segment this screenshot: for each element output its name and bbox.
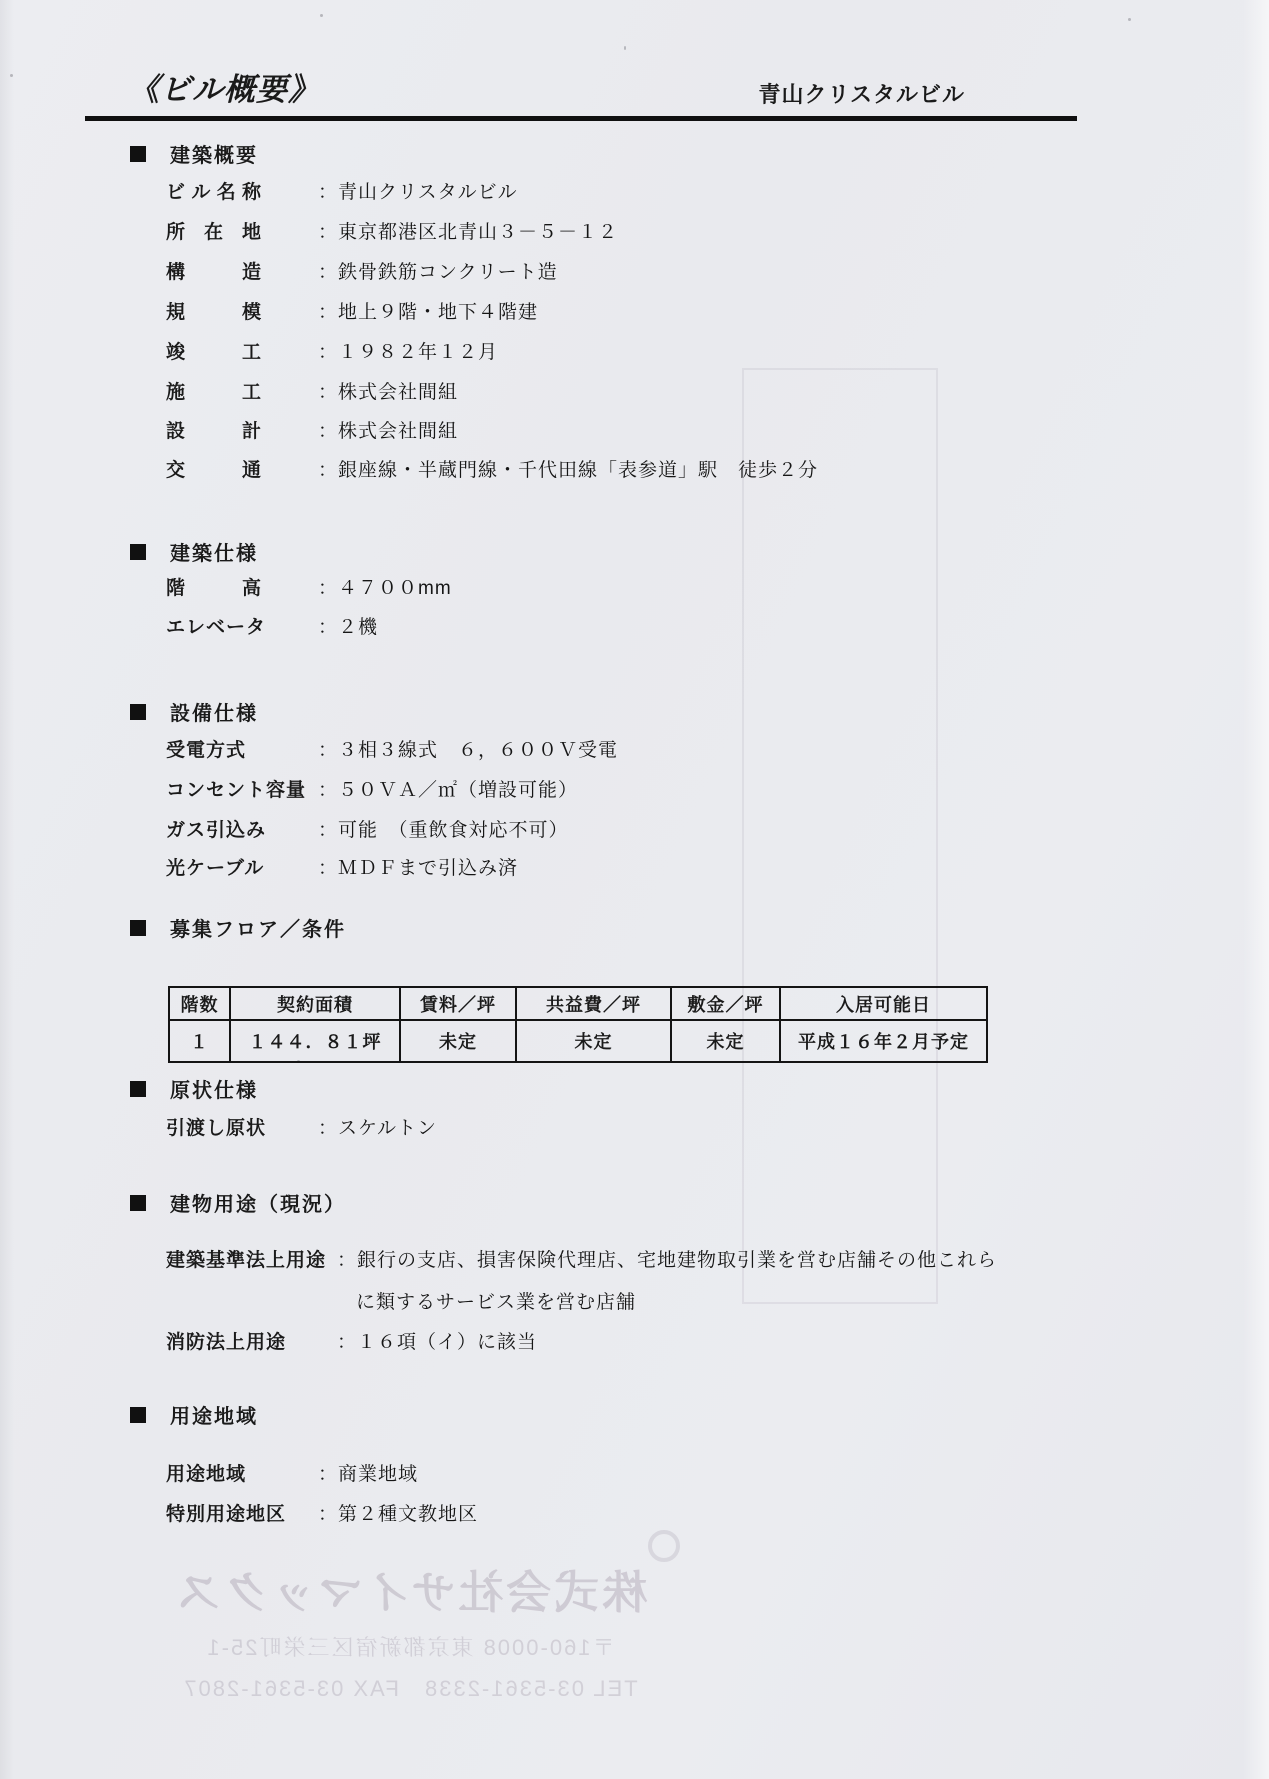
field-row: ガス引込み ：可能 （重飲食対応不可） [166, 818, 569, 844]
scan-edge-shadow [0, 0, 14, 1779]
field-label: 規模 [166, 300, 318, 326]
field-label: コンセント容量 [166, 778, 318, 804]
floor-table: 階数 契約面積 賃料／坪 共益費／坪 敷金／坪 入居可能日 １ １４４．８１坪 … [168, 986, 988, 1063]
field-row: コンセント容量 ：５０ＶＡ／㎡（増設可能） [166, 778, 578, 804]
col-header-maintenance: 共益費／坪 [516, 987, 671, 1020]
field-value-line2: に類するサービス業を営む店舗 [337, 1290, 997, 1316]
section-heading-zoning: 用途地域 [130, 1400, 258, 1429]
section-title: 用途地域 [170, 1400, 258, 1429]
field-row: 建築基準法上用途 ：銀行の支店、損害保険代理店、宅地建物取引業を営む店舗その他こ… [166, 1248, 997, 1316]
section-heading-building-use: 建物用途（現況） [130, 1188, 346, 1217]
section-bullet-icon [130, 920, 146, 936]
section-title: 設備仕様 [170, 697, 258, 726]
col-header-area: 契約面積 [230, 987, 400, 1020]
field-value: ：株式会社間組 [318, 419, 458, 445]
section-title: 建築仕様 [170, 537, 258, 566]
field-row: ビル名称 ：青山クリスタルビル [166, 180, 518, 206]
field-label: 階高 [166, 576, 318, 602]
field-value: ：地上９階・地下４階建 [318, 300, 538, 326]
field-row: 引渡し原状 ：スケルトン [166, 1116, 437, 1142]
field-label: 用途地域 [166, 1462, 318, 1488]
field-value: ：第２種文教地区 [318, 1502, 478, 1528]
field-label: 構造 [166, 260, 318, 286]
field-row: 竣工 ：１９８２年１２月 [166, 340, 498, 366]
bleed-through-text: 株式会社サイマックス 〒160-0008 東京都新宿区三栄町25-1 TEL 0… [120, 1556, 700, 1703]
field-row: 構造 ：鉄骨鉄筋コンクリート造 [166, 260, 558, 286]
field-value: ：鉄骨鉄筋コンクリート造 [318, 260, 558, 286]
section-heading-equipment-spec: 設備仕様 [130, 697, 258, 726]
section-bullet-icon [130, 1195, 146, 1211]
bleed-through-logo-icon [648, 1530, 680, 1562]
field-label: エレベータ [166, 615, 318, 641]
cell-deposit: 未定 [671, 1020, 780, 1062]
field-value: ：商業地域 [318, 1462, 418, 1488]
section-heading-current-condition: 原状仕様 [130, 1074, 258, 1103]
col-header-floor: 階数 [169, 987, 230, 1020]
field-row: エレベータ ：２機 [166, 615, 378, 641]
field-label: 所在地 [166, 220, 318, 246]
field-row: 用途地域 ：商業地域 [166, 1462, 418, 1488]
field-label: 設計 [166, 419, 318, 445]
field-value: ：東京都港区北青山３－５－１２ [318, 220, 618, 246]
field-label: 竣工 [166, 340, 318, 366]
field-row: 光ケーブル ：ＭＤＦまで引込み済 [166, 856, 518, 882]
section-title: 原状仕様 [170, 1074, 258, 1103]
field-row: 階高 ：４７００mm [166, 576, 452, 602]
floor-table-header-row: 階数 契約面積 賃料／坪 共益費／坪 敷金／坪 入居可能日 [169, 987, 987, 1020]
floor-table-row: １ １４４．８１坪 未定 未定 未定 平成１６年２月予定 [169, 1020, 987, 1062]
cell-maintenance: 未定 [516, 1020, 671, 1062]
field-value: ：スケルトン [318, 1116, 437, 1142]
scan-speck [624, 46, 626, 50]
field-label: 受電方式 [166, 738, 318, 764]
field-value: ：銀行の支店、損害保険代理店、宅地建物取引業を営む店舗その他これら に類するサー… [337, 1248, 997, 1316]
section-bullet-icon [130, 1081, 146, 1097]
field-value: ：株式会社間組 [318, 380, 458, 406]
field-value: ：４７００mm [318, 576, 452, 602]
building-name-header: 青山クリスタルビル [758, 78, 1077, 109]
cell-move-in: 平成１６年２月予定 [780, 1020, 987, 1062]
field-value-line1: ：銀行の支店、損害保険代理店、宅地建物取引業を営む店舗その他これら [337, 1248, 997, 1274]
section-heading-building-spec: 建築仕様 [130, 537, 258, 566]
field-label: ガス引込み [166, 818, 318, 844]
section-bullet-icon [130, 1407, 146, 1423]
field-label: 消防法上用途 [166, 1330, 337, 1356]
scan-speck [320, 14, 323, 17]
section-heading-building-overview: 建築概要 [130, 139, 258, 168]
field-label: 特別用途地区 [166, 1502, 318, 1528]
field-value: ：青山クリスタルビル [318, 180, 518, 206]
cell-floor: １ [169, 1020, 230, 1062]
field-row: 所在地 ：東京都港区北青山３－５－１２ [166, 220, 618, 246]
field-value: ：５０ＶＡ／㎡（増設可能） [318, 778, 578, 804]
field-value: ：銀座線・半蔵門線・千代田線「表参道」駅 徒歩２分 [318, 458, 818, 484]
field-value: ：３相３線式 ６，６００Ｖ受電 [318, 738, 618, 764]
col-header-rent: 賃料／坪 [400, 987, 516, 1020]
field-row: 設計 ：株式会社間組 [166, 419, 458, 445]
cell-rent: 未定 [400, 1020, 516, 1062]
scan-speck [10, 74, 13, 77]
field-value: ：１９８２年１２月 [318, 340, 498, 366]
col-header-deposit: 敷金／坪 [671, 987, 780, 1020]
section-heading-available-floors: 募集フロア／条件 [130, 913, 346, 942]
field-label: 交通 [166, 458, 318, 484]
section-title: 建物用途（現況） [170, 1188, 346, 1217]
bleed-through-tel: TEL 03-5361-2338 FAX 03-5361-2807 [120, 1672, 700, 1703]
field-label: 引渡し原状 [166, 1116, 318, 1142]
scan-speck [1128, 18, 1131, 21]
field-value: ：１６項（イ）に該当 [337, 1330, 537, 1356]
field-row: 特別用途地区 ：第２種文教地区 [166, 1502, 478, 1528]
field-row: 規模 ：地上９階・地下４階建 [166, 300, 538, 326]
section-bullet-icon [130, 146, 146, 162]
section-bullet-icon [130, 544, 146, 560]
field-label: 建築基準法上用途 [166, 1248, 337, 1316]
document-header: 《ビル概要》 青山クリスタルビル [85, 64, 1077, 121]
bleed-through-frame [742, 368, 938, 1304]
field-value: ：可能 （重飲食対応不可） [318, 818, 569, 844]
section-title: 建築概要 [170, 139, 258, 168]
field-row: 受電方式 ：３相３線式 ６，６００Ｖ受電 [166, 738, 618, 764]
bleed-through-company: 株式会社サイマックス [120, 1556, 700, 1621]
scan-edge-highlight [1243, 0, 1269, 1779]
field-value: ：２機 [318, 615, 378, 641]
field-row: 交通 ：銀座線・半蔵門線・千代田線「表参道」駅 徒歩２分 [166, 458, 818, 484]
bleed-through-address: 〒160-0008 東京都新宿区三栄町25-1 [120, 1631, 700, 1662]
col-header-move-in: 入居可能日 [780, 987, 987, 1020]
field-label: ビル名称 [166, 180, 318, 206]
section-title: 募集フロア／条件 [170, 913, 346, 942]
doc-title: 《ビル概要》 [128, 64, 320, 109]
field-label: 施工 [166, 380, 318, 406]
field-row: 消防法上用途 ：１６項（イ）に該当 [166, 1330, 537, 1356]
field-row: 施工 ：株式会社間組 [166, 380, 458, 406]
field-label: 光ケーブル [166, 856, 318, 882]
scanned-document-page: 《ビル概要》 青山クリスタルビル 建築概要 ビル名称 ：青山クリスタルビル 所在… [0, 0, 1269, 1779]
section-bullet-icon [130, 704, 146, 720]
field-value: ：ＭＤＦまで引込み済 [318, 856, 518, 882]
cell-area: １４４．８１坪 [230, 1020, 400, 1062]
